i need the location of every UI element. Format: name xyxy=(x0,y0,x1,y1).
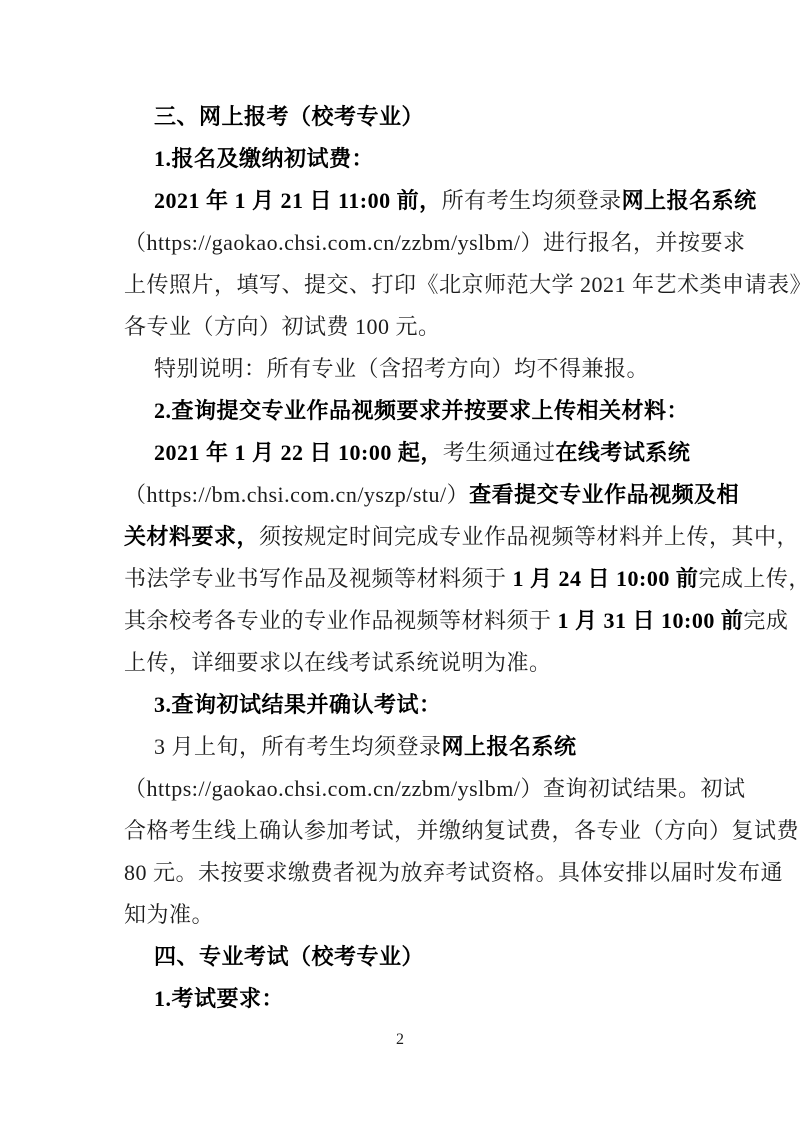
text-run: 2.查询提交专业作品视频要求并按要求上传相关材料： xyxy=(154,398,689,423)
text-run: 三、网上报考（校考专业） xyxy=(154,104,424,129)
heading-line: 2.查询提交专业作品视频要求并按要求上传相关材料： xyxy=(124,390,696,432)
text-line: 上传照片，填写、提交、打印《北京师范大学 2021 年艺术类申请表》。 xyxy=(124,264,696,306)
heading-line: 四、专业考试（校考专业） xyxy=(124,936,696,978)
text-run: （https://gaokao.chsi.com.cn/zzbm/yslbm/）… xyxy=(124,776,746,801)
text-run: 合格考生线上确认参加考试，并缴纳复试费，各专业（方向）复试费 xyxy=(124,818,799,843)
heading-line: 1.报名及缴纳初试费： xyxy=(124,138,696,180)
text-line: 书法学专业书写作品及视频等材料须于 1 月 24 日 10:00 前完成上传， xyxy=(124,558,696,600)
text-line: 2021 年 1 月 21 日 11:00 前，所有考生均须登录网上报名系统 xyxy=(124,180,696,222)
text-run: 2021 年 1 月 22 日 10:00 起， xyxy=(154,440,443,465)
text-line: 80 元。未按要求缴费者视为放弃考试资格。具体安排以届时发布通 xyxy=(124,852,696,894)
text-line: 上传，详细要求以在线考试系统说明为准。 xyxy=(124,642,696,684)
text-run: 3.查询初试结果并确认考试： xyxy=(154,692,442,717)
text-run: 关材料要求， xyxy=(124,524,259,549)
text-run: 上传照片，填写、提交、打印《北京师范大学 2021 年艺术类申请表》。 xyxy=(124,272,800,297)
heading-line: 三、网上报考（校考专业） xyxy=(124,96,696,138)
text-run: 1.报名及缴纳初试费： xyxy=(154,146,374,171)
text-line: 特别说明：所有专业（含招考方向）均不得兼报。 xyxy=(124,348,696,390)
text-run: 完成 xyxy=(743,608,788,633)
text-run: 查看提交专业作品视频及相 xyxy=(469,482,739,507)
text-run: 四、专业考试（校考专业） xyxy=(154,944,424,969)
document-body: 三、网上报考（校考专业）1.报名及缴纳初试费：2021 年 1 月 21 日 1… xyxy=(124,96,696,1020)
text-run: （https://gaokao.chsi.com.cn/zzbm/yslbm/）… xyxy=(124,230,746,255)
text-line: （https://bm.chsi.com.cn/yszp/stu/）查看提交专业… xyxy=(124,474,696,516)
text-run: 80 元。未按要求缴费者视为放弃考试资格。具体安排以届时发布通 xyxy=(124,860,783,885)
text-run: （https://bm.chsi.com.cn/yszp/stu/） xyxy=(124,482,469,507)
text-run: 书法学专业书写作品及视频等材料须于 xyxy=(124,566,513,591)
text-run: 完成上传， xyxy=(698,566,800,591)
text-run: 其余校考各专业的专业作品视频等材料须于 xyxy=(124,608,558,633)
page-number: 2 xyxy=(0,1028,800,1052)
text-line: 2021 年 1 月 22 日 10:00 起，考生须通过在线考试系统 xyxy=(124,432,696,474)
text-run: 各专业（方向）初试费 100 元。 xyxy=(124,314,441,339)
text-run: 上传，详细要求以在线考试系统说明为准。 xyxy=(124,650,552,675)
text-run: 在线考试系统 xyxy=(555,440,690,465)
text-line: 各专业（方向）初试费 100 元。 xyxy=(124,306,696,348)
text-run: 须按规定时间完成专业作品视频等材料并上传，其中， xyxy=(259,524,799,549)
text-run: 网上报名系统 xyxy=(622,188,757,213)
text-run: 2021 年 1 月 21 日 11:00 前， xyxy=(154,188,442,213)
heading-line: 1.考试要求： xyxy=(124,978,696,1020)
text-line: 其余校考各专业的专业作品视频等材料须于 1 月 31 日 10:00 前完成 xyxy=(124,600,696,642)
text-run: 3 月上旬，所有考生均须登录 xyxy=(154,734,442,759)
text-run: 1 月 31 日 10:00 前 xyxy=(558,608,744,633)
text-line: 3 月上旬，所有考生均须登录网上报名系统 xyxy=(124,726,696,768)
text-run: 网上报名系统 xyxy=(442,734,577,759)
text-line: 关材料要求，须按规定时间完成专业作品视频等材料并上传，其中， xyxy=(124,516,696,558)
text-run: 所有考生均须登录 xyxy=(442,188,622,213)
text-run: 1.考试要求： xyxy=(154,986,284,1011)
text-line: （https://gaokao.chsi.com.cn/zzbm/yslbm/）… xyxy=(124,768,696,810)
text-run: 知为准。 xyxy=(124,902,214,927)
document-page: 三、网上报考（校考专业）1.报名及缴纳初试费：2021 年 1 月 21 日 1… xyxy=(0,0,800,1131)
text-line: 合格考生线上确认参加考试，并缴纳复试费，各专业（方向）复试费 xyxy=(124,810,696,852)
text-run: 1 月 24 日 10:00 前 xyxy=(513,566,699,591)
text-run: 考生须通过 xyxy=(443,440,556,465)
text-line: （https://gaokao.chsi.com.cn/zzbm/yslbm/）… xyxy=(124,222,696,264)
text-line: 知为准。 xyxy=(124,894,696,936)
heading-line: 3.查询初试结果并确认考试： xyxy=(124,684,696,726)
text-run: 特别说明：所有专业（含招考方向）均不得兼报。 xyxy=(154,356,649,381)
